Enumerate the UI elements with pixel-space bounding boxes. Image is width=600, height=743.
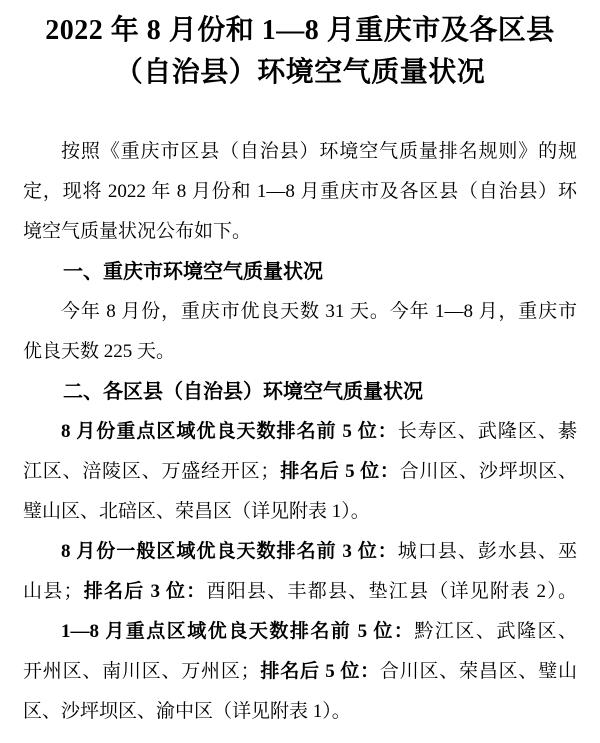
text-run: 开州区、南川区、万州区； xyxy=(23,661,260,682)
text-run: 二、各区县（自治县）环境空气质量状况 xyxy=(63,381,423,403)
text-run: 一、重庆市环境空气质量状况 xyxy=(63,261,323,283)
text-line: 璧山区、北碚区、荣昌区（详见附表 1）。 xyxy=(23,492,577,532)
text-run: 酉阳县、丰都县、垫江县（详见附表 2）。 xyxy=(207,581,577,602)
text-run: 排名后 5 位： xyxy=(260,661,380,682)
text-line: 今年 8 月份，重庆市优良天数 31 天。今年 1—8 月，重庆市 xyxy=(23,292,577,332)
text-run: 排名后 5 位： xyxy=(279,461,399,482)
text-run: 1—8 月重点区域优良天数排名前 5 位： xyxy=(61,621,414,642)
text-run: 8 月份一般区域优良天数排名前 3 位： xyxy=(61,541,398,562)
text-line: 优良天数 225 天。 xyxy=(23,332,577,372)
document-title: 2022 年 8 月份和 1—8 月重庆市及各区县 （自治县）环境空气质量状况 xyxy=(23,10,577,94)
text-run: 定，现将 2022 年 8 月份和 1—8 月重庆市及各区县（自治县）环 xyxy=(23,181,577,202)
section-heading: 二、各区县（自治县）环境空气质量状况 xyxy=(23,372,577,412)
document-title-line-1: 2022 年 8 月份和 1—8 月重庆市及各区县 xyxy=(23,10,577,52)
document-page: 2022 年 8 月份和 1—8 月重庆市及各区县 （自治县）环境空气质量状况 … xyxy=(0,0,600,743)
text-line: 按照《重庆市区县（自治县）环境空气质量排名规则》的规 xyxy=(23,132,577,172)
text-line: 8 月份一般区域优良天数排名前 3 位：城口县、彭水县、巫 xyxy=(23,532,577,572)
text-line: 1—8 月重点区域优良天数排名前 5 位：黔江区、武隆区、 xyxy=(23,612,577,652)
text-run: 按照《重庆市区县（自治县）环境空气质量排名规则》的规 xyxy=(61,141,577,162)
text-line: 江区、涪陵区、万盛经开区；排名后 5 位：合川区、沙坪坝区、 xyxy=(23,452,577,492)
text-run: 山县； xyxy=(23,581,83,602)
text-run: 城口县、彭水县、巫 xyxy=(398,541,577,562)
text-run: 合川区、荣昌区、璧山 xyxy=(380,661,577,682)
document-body: 按照《重庆市区县（自治县）环境空气质量排名规则》的规定，现将 2022 年 8 … xyxy=(23,132,577,732)
text-line: 山县；排名后 3 位：酉阳县、丰都县、垫江县（详见附表 2）。 xyxy=(23,572,577,612)
text-run: 境空气质量状况公布如下。 xyxy=(23,221,251,242)
text-run: 排名后 3 位： xyxy=(83,581,207,602)
text-line: 定，现将 2022 年 8 月份和 1—8 月重庆市及各区县（自治县）环 xyxy=(23,172,577,212)
document-title-line-2: （自治县）环境空气质量状况 xyxy=(23,52,577,94)
text-run: 江区、涪陵区、万盛经开区； xyxy=(23,461,279,482)
text-run: 黔江区、武隆区、 xyxy=(414,621,577,642)
text-run: 8 月份重点区域优良天数排名前 5 位： xyxy=(61,421,398,442)
text-run: 璧山区、北碚区、荣昌区（详见附表 1）。 xyxy=(23,501,370,522)
text-line: 8 月份重点区域优良天数排名前 5 位：长寿区、武隆区、綦 xyxy=(23,412,577,452)
text-run: 今年 8 月份，重庆市优良天数 31 天。今年 1—8 月，重庆市 xyxy=(61,301,577,322)
text-line: 境空气质量状况公布如下。 xyxy=(23,212,577,252)
text-line: 开州区、南川区、万州区；排名后 5 位：合川区、荣昌区、璧山 xyxy=(23,652,577,692)
text-run: 合川区、沙坪坝区、 xyxy=(400,461,577,482)
text-line: 区、沙坪坝区、渝中区（详见附表 1）。 xyxy=(23,692,577,732)
text-run: 区、沙坪坝区、渝中区（详见附表 1）。 xyxy=(23,701,351,722)
text-run: 长寿区、武隆区、綦 xyxy=(398,421,577,442)
text-run: 优良天数 225 天。 xyxy=(23,341,175,362)
section-heading: 一、重庆市环境空气质量状况 xyxy=(23,252,577,292)
